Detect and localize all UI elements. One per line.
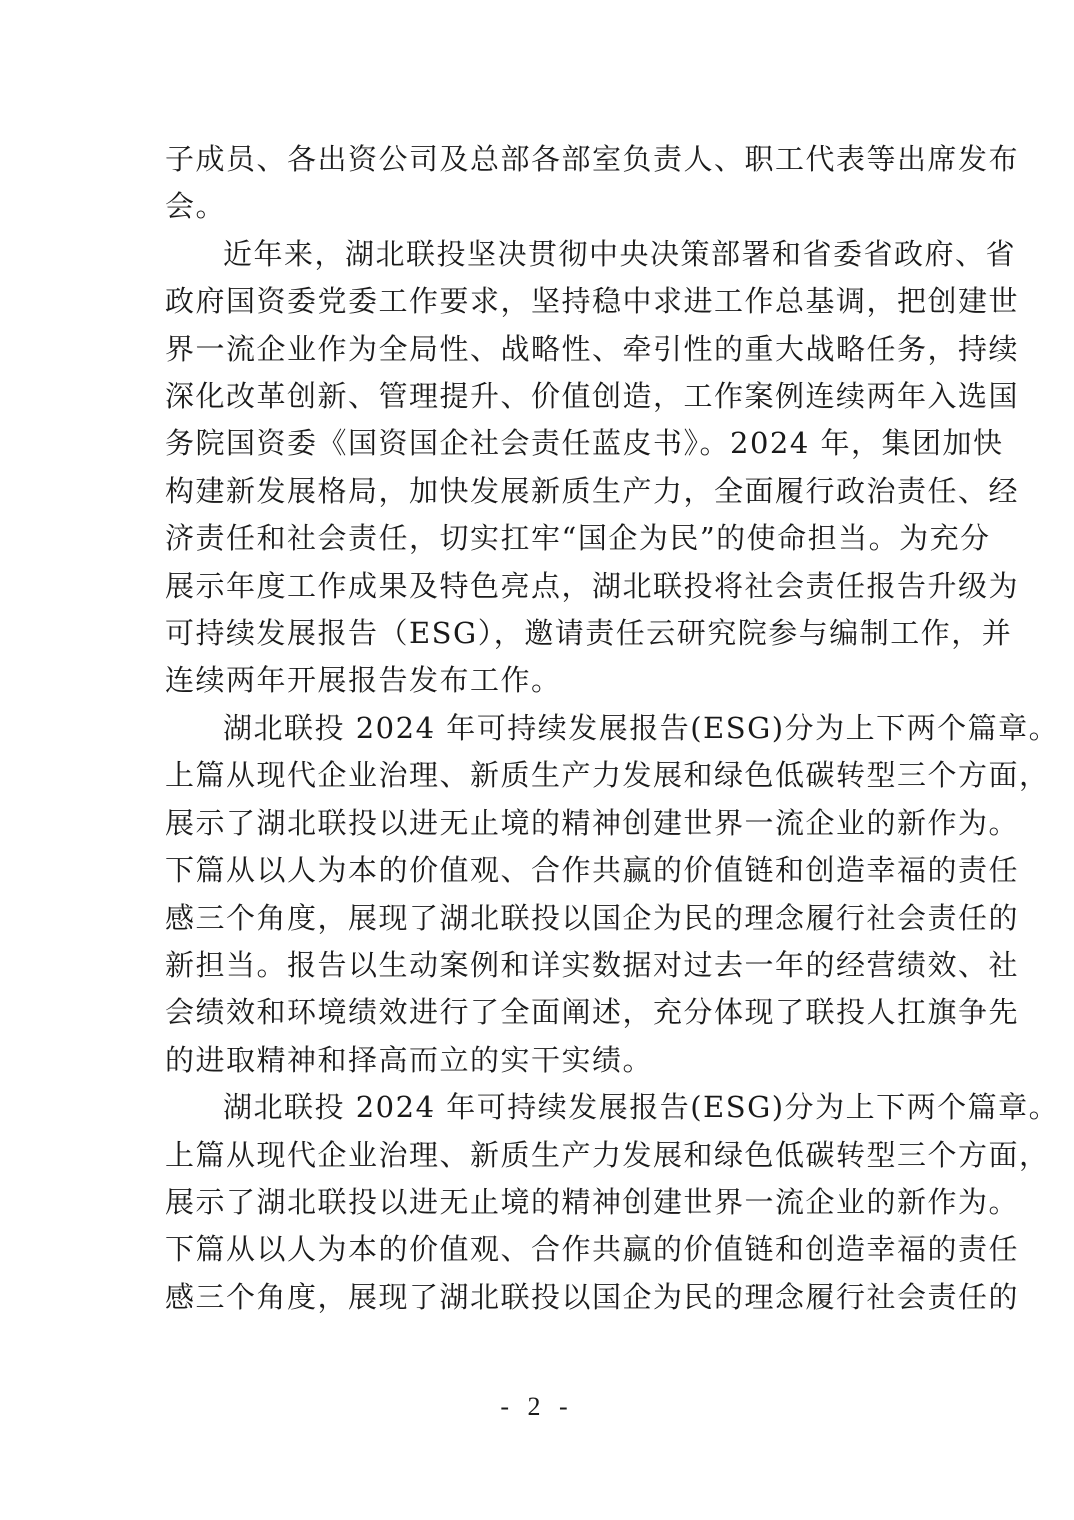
text-line: 感三个角度，展现了湖北联投以国企为民的理念履行社会责任的 — [165, 895, 913, 942]
text-line: 深化改革创新、管理提升、价值创造，工作案例连续两年入选国 — [165, 373, 913, 420]
text-line: 下篇从以人为本的价值观、合作共赢的价值链和创造幸福的责任 — [165, 1226, 913, 1273]
body-text: 子成员、各出资公司及总部各部室负责人、职工代表等出席发布 会。 近年来，湖北联投… — [165, 136, 913, 1321]
text-line: 构建新发展格局，加快发展新质生产力，全面履行政治责任、经 — [165, 468, 913, 515]
text-line: 展示年度工作成果及特色亮点，湖北联投将社会责任报告升级为 — [165, 563, 913, 610]
text-line: 界一流企业作为全局性、战略性、牵引性的重大战略任务，持续 — [165, 326, 913, 373]
text-line: 上篇从现代企业治理、新质生产力发展和绿色低碳转型三个方面， — [165, 1132, 913, 1179]
text-line: 会。 — [165, 183, 913, 230]
paragraph-3: 湖北联投 2024 年可持续发展报告(ESG)分为上下两个篇章。 上篇从现代企业… — [165, 705, 913, 1084]
text-line: 湖北联投 2024 年可持续发展报告(ESG)分为上下两个篇章。 — [165, 705, 913, 752]
paragraph-4: 湖北联投 2024 年可持续发展报告(ESG)分为上下两个篇章。 上篇从现代企业… — [165, 1084, 913, 1321]
paragraph-2: 近年来，湖北联投坚决贯彻中央决策部署和省委省政府、省 政府国资委党委工作要求，坚… — [165, 231, 913, 705]
text-line: 湖北联投 2024 年可持续发展报告(ESG)分为上下两个篇章。 — [165, 1084, 913, 1131]
document-page: 子成员、各出资公司及总部各部室负责人、职工代表等出席发布 会。 近年来，湖北联投… — [0, 0, 1074, 1520]
text-line: 展示了湖北联投以进无止境的精神创建世界一流企业的新作为。 — [165, 1179, 913, 1226]
paragraph-1: 子成员、各出资公司及总部各部室负责人、职工代表等出席发布 会。 — [165, 136, 913, 231]
text-line: 近年来，湖北联投坚决贯彻中央决策部署和省委省政府、省 — [165, 231, 913, 278]
text-line: 展示了湖北联投以进无止境的精神创建世界一流企业的新作为。 — [165, 800, 913, 847]
text-line: 子成员、各出资公司及总部各部室负责人、职工代表等出席发布 — [165, 136, 913, 183]
text-line: 连续两年开展报告发布工作。 — [165, 657, 913, 704]
text-line: 新担当。报告以生动案例和详实数据对过去一年的经营绩效、社 — [165, 942, 913, 989]
text-line: 可持续发展报告（ESG），邀请责任云研究院参与编制工作，并 — [165, 610, 913, 657]
text-line: 政府国资委党委工作要求，坚持稳中求进工作总基调，把创建世 — [165, 278, 913, 325]
text-line: 上篇从现代企业治理、新质生产力发展和绿色低碳转型三个方面， — [165, 752, 913, 799]
text-line: 济责任和社会责任，切实扛牢“国企为民”的使命担当。为充分 — [165, 515, 913, 562]
page-number: - 2 - — [0, 1392, 1074, 1422]
text-line: 会绩效和环境绩效进行了全面阐述，充分体现了联投人扛旗争先 — [165, 989, 913, 1036]
text-line: 下篇从以人为本的价值观、合作共赢的价值链和创造幸福的责任 — [165, 847, 913, 894]
text-line: 的进取精神和择高而立的实干实绩。 — [165, 1037, 913, 1084]
text-line: 感三个角度，展现了湖北联投以国企为民的理念履行社会责任的 — [165, 1274, 913, 1321]
text-line: 务院国资委《国资国企社会责任蓝皮书》。2024 年，集团加快 — [165, 420, 913, 467]
